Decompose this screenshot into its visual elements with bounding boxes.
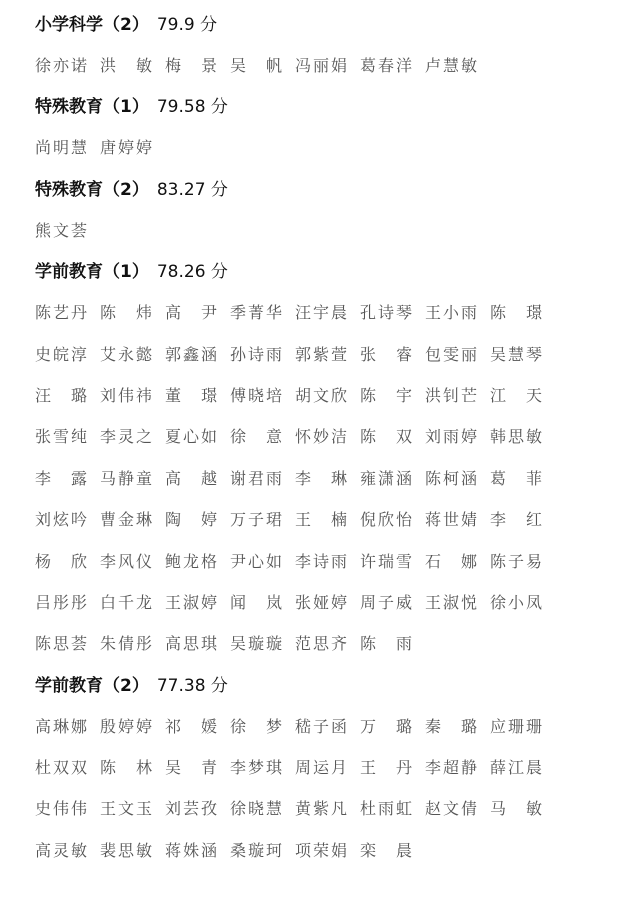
name-entry: 高尹 [165,296,217,337]
name-entry: 刘炫吟 [35,503,100,544]
name-char: 雨 [396,627,412,661]
name-entry: 刘雨婷 [425,420,490,461]
name-list: 熊文荟 [35,214,595,255]
name-entry: 汪璐 [35,379,87,420]
name-char: 宇 [396,379,412,413]
name-entry: 徐梦 [230,710,282,751]
name-entry: 李红 [490,503,542,544]
section-score: 77.38 分 [157,676,228,696]
name-entry: 陈宇 [360,379,412,420]
name-char: 梦 [266,710,282,744]
name-entry: 汪宇晨 [295,296,360,337]
name-list: 高琳娜殷婷婷祁媛徐梦嵇子函万璐秦璐应珊珊杜双双陈林吴青李梦琪周运月王丹李超静薛江… [35,710,595,876]
name-char: 徐 [230,710,246,744]
name-entry: 陈子易 [490,545,555,586]
name-entry: 徐晓慧 [230,792,295,833]
name-entry: 吕彤彤 [35,586,100,627]
name-entry: 江天 [490,379,542,420]
name-entry: 祁媛 [165,710,217,751]
section-special-education-1: 特殊教育（1）79.58 分 尚明慧唐婷婷 [35,90,595,172]
name-entry: 熊文荟 [35,214,100,255]
name-char: 红 [526,503,542,537]
name-char: 丹 [396,751,412,785]
name-char: 万 [360,710,376,744]
name-entry: 杜双双 [35,751,100,792]
name-entry: 葛菲 [490,462,542,503]
section-score: 78.26 分 [157,262,228,282]
name-char: 李 [490,503,506,537]
section-heading: 小学科学（2）79.9 分 [35,8,595,49]
name-entry: 刘芸孜 [165,792,230,833]
name-entry: 张睿 [360,338,412,379]
name-char: 意 [266,420,282,454]
name-entry: 王文玉 [100,792,165,833]
name-entry: 秦璐 [425,710,477,751]
name-entry: 范思齐 [295,627,360,668]
name-char: 越 [201,462,217,496]
name-char: 尹 [201,296,217,330]
name-char: 陈 [360,420,376,454]
name-entry: 陈双 [360,420,412,461]
name-char: 婷 [201,503,217,537]
name-char: 王 [295,503,311,537]
name-entry: 陈雨 [360,627,412,668]
name-char: 张 [360,338,376,372]
name-entry: 杨欣 [35,545,87,586]
name-char: 陈 [360,379,376,413]
section-primary-science-2: 小学科学（2）79.9 分 徐亦诺洪敏梅景吴帆冯丽娟葛春洋卢慧敏 [35,8,595,90]
name-char: 王 [360,751,376,785]
name-char: 天 [526,379,542,413]
name-char: 秦 [425,710,441,744]
name-entry: 陶婷 [165,503,217,544]
section-heading: 特殊教育（2）83.27 分 [35,173,595,214]
name-char: 陈 [490,296,506,330]
name-char: 陈 [100,751,116,785]
name-entry: 徐小凤 [490,586,555,627]
name-entry: 尹心如 [230,545,295,586]
name-char: 吴 [230,49,246,83]
name-entry: 鲍龙格 [165,545,230,586]
section-preschool-education-1: 学前教育（1）78.26 分 陈艺丹陈炜高尹季菁华汪宇晨孔诗琴王小雨陈璟史皖淳艾… [35,255,595,669]
name-entry: 李诗雨 [295,545,360,586]
name-entry: 史伟伟 [35,792,100,833]
name-char: 璟 [201,379,217,413]
name-entry: 李灵之 [100,420,165,461]
name-char: 梅 [165,49,181,83]
name-entry: 朱倩彤 [100,627,165,668]
name-entry: 胡文欣 [295,379,360,420]
name-entry: 李风仪 [100,545,165,586]
name-entry: 季菁华 [230,296,295,337]
document-body: 小学科学（2）79.9 分 徐亦诺洪敏梅景吴帆冯丽娟葛春洋卢慧敏 特殊教育（1）… [35,8,595,875]
name-entry: 韩思敏 [490,420,555,461]
name-char: 马 [490,792,506,826]
name-entry: 王淑婷 [165,586,230,627]
name-char: 娜 [461,545,477,579]
name-entry: 吴慧琴 [490,338,555,379]
name-entry: 徐亦诺 [35,49,100,90]
name-list: 徐亦诺洪敏梅景吴帆冯丽娟葛春洋卢慧敏 [35,49,595,90]
name-entry: 谢君雨 [230,462,295,503]
name-entry: 卢慧敏 [425,49,490,90]
name-char: 董 [165,379,181,413]
name-entry: 吴帆 [230,49,282,90]
name-entry: 梅景 [165,49,217,90]
name-entry: 尚明慧 [35,131,100,172]
name-char: 炜 [136,296,152,330]
name-entry: 殷婷婷 [100,710,165,751]
name-entry: 包雯丽 [425,338,490,379]
name-entry: 曹金琳 [100,503,165,544]
name-char: 欣 [71,545,87,579]
name-char: 石 [425,545,441,579]
name-entry: 石娜 [425,545,477,586]
name-char: 双 [396,420,412,454]
name-entry: 张雪纯 [35,420,100,461]
name-entry: 王丹 [360,751,412,792]
name-entry: 葛春洋 [360,49,425,90]
name-entry: 黄紫凡 [295,792,360,833]
section-score: 79.9 分 [157,15,217,35]
name-list: 陈艺丹陈炜高尹季菁华汪宇晨孔诗琴王小雨陈璟史皖淳艾永懿郭鑫涵孙诗雨郭紫萱张睿包雯… [35,296,595,669]
name-entry: 王楠 [295,503,347,544]
name-entry: 周运月 [295,751,360,792]
name-char: 青 [201,751,217,785]
name-char: 洪 [100,49,116,83]
name-char: 璐 [71,379,87,413]
name-entry: 陈柯涵 [425,462,490,503]
name-entry: 张娅婷 [295,586,360,627]
name-entry: 高琳娜 [35,710,100,751]
name-char: 杨 [35,545,51,579]
name-char: 高 [165,462,181,496]
name-entry: 唐婷婷 [100,131,165,172]
name-entry: 许瑞雪 [360,545,425,586]
name-char: 葛 [490,462,506,496]
section-preschool-education-2: 学前教育（2）77.38 分 高琳娜殷婷婷祁媛徐梦嵇子函万璐秦璐应珊珊杜双双陈林… [35,669,595,876]
name-entry: 周子威 [360,586,425,627]
name-char: 高 [165,296,181,330]
name-entry: 赵文倩 [425,792,490,833]
name-entry: 郭紫萱 [295,338,360,379]
name-entry: 蒋世婧 [425,503,490,544]
name-entry: 薛江晨 [490,751,555,792]
name-char: 陶 [165,503,181,537]
section-title: 学前教育（1） [35,262,149,282]
name-entry: 嵇子函 [295,710,360,751]
section-heading: 特殊教育（1）79.58 分 [35,90,595,131]
name-entry: 万子珺 [230,503,295,544]
section-title: 学前教育（2） [35,676,149,696]
name-char: 岚 [266,586,282,620]
name-char: 景 [201,49,217,83]
name-char: 李 [35,462,51,496]
section-score: 79.58 分 [157,97,228,117]
name-entry: 裴思敏 [100,834,165,875]
name-char: 露 [71,462,87,496]
name-entry: 史皖淳 [35,338,100,379]
name-char: 林 [136,751,152,785]
name-entry: 孔诗琴 [360,296,425,337]
name-entry: 董璟 [165,379,217,420]
name-entry: 艾永懿 [100,338,165,379]
name-entry: 项荣娟 [295,834,360,875]
name-char: 媛 [201,710,217,744]
name-char: 璐 [396,710,412,744]
name-entry: 洪钊芒 [425,379,490,420]
section-special-education-2: 特殊教育（2）83.27 分 熊文荟 [35,173,595,255]
name-entry: 李梦琪 [230,751,295,792]
name-entry: 马敏 [490,792,542,833]
name-char: 陈 [100,296,116,330]
name-char: 陈 [360,627,376,661]
name-entry: 陈思荟 [35,627,100,668]
name-entry: 倪欣怡 [360,503,425,544]
name-char: 敏 [526,792,542,826]
name-char: 璐 [461,710,477,744]
name-char: 汪 [35,379,51,413]
name-entry: 夏心如 [165,420,230,461]
name-entry: 杜雨虹 [360,792,425,833]
section-title: 小学科学（2） [35,15,149,35]
name-entry: 栾晨 [360,834,412,875]
name-char: 楠 [331,503,347,537]
name-entry: 高思琪 [165,627,230,668]
name-entry: 怀妙洁 [295,420,360,461]
name-char: 祁 [165,710,181,744]
name-char: 睿 [396,338,412,372]
name-entry: 刘伟祎 [100,379,165,420]
name-entry: 郭鑫涵 [165,338,230,379]
name-entry: 蒋姝涵 [165,834,230,875]
name-entry: 陈璟 [490,296,542,337]
name-entry: 桑璇珂 [230,834,295,875]
name-char: 琳 [331,462,347,496]
name-entry: 李超静 [425,751,490,792]
name-entry: 陈炜 [100,296,152,337]
name-char: 吴 [165,751,181,785]
name-entry: 王淑悦 [425,586,490,627]
name-entry: 冯丽娟 [295,49,360,90]
name-entry: 王小雨 [425,296,490,337]
name-entry: 徐意 [230,420,282,461]
name-list: 尚明慧唐婷婷 [35,131,595,172]
name-entry: 白千龙 [100,586,165,627]
name-entry: 傅晓培 [230,379,295,420]
name-char: 璟 [526,296,542,330]
section-heading: 学前教育（1）78.26 分 [35,255,595,296]
section-title: 特殊教育（2） [35,180,149,200]
section-heading: 学前教育（2）77.38 分 [35,669,595,710]
name-entry: 马静童 [100,462,165,503]
name-entry: 孙诗雨 [230,338,295,379]
name-entry: 陈林 [100,751,152,792]
name-entry: 万璐 [360,710,412,751]
name-char: 晨 [396,834,412,868]
name-entry: 吴璇璇 [230,627,295,668]
name-entry: 李琳 [295,462,347,503]
name-entry: 应珊珊 [490,710,555,751]
name-char: 闻 [230,586,246,620]
name-entry: 高越 [165,462,217,503]
name-char: 徐 [230,420,246,454]
name-char: 江 [490,379,506,413]
name-entry: 高灵敏 [35,834,100,875]
name-char: 栾 [360,834,376,868]
name-entry: 闻岚 [230,586,282,627]
name-char: 李 [295,462,311,496]
section-title: 特殊教育（1） [35,97,149,117]
name-entry: 洪敏 [100,49,152,90]
name-char: 菲 [526,462,542,496]
section-score: 83.27 分 [157,180,228,200]
name-entry: 吴青 [165,751,217,792]
name-char: 帆 [266,49,282,83]
name-entry: 李露 [35,462,87,503]
name-entry: 陈艺丹 [35,296,100,337]
name-entry: 雍潇涵 [360,462,425,503]
name-char: 敏 [136,49,152,83]
